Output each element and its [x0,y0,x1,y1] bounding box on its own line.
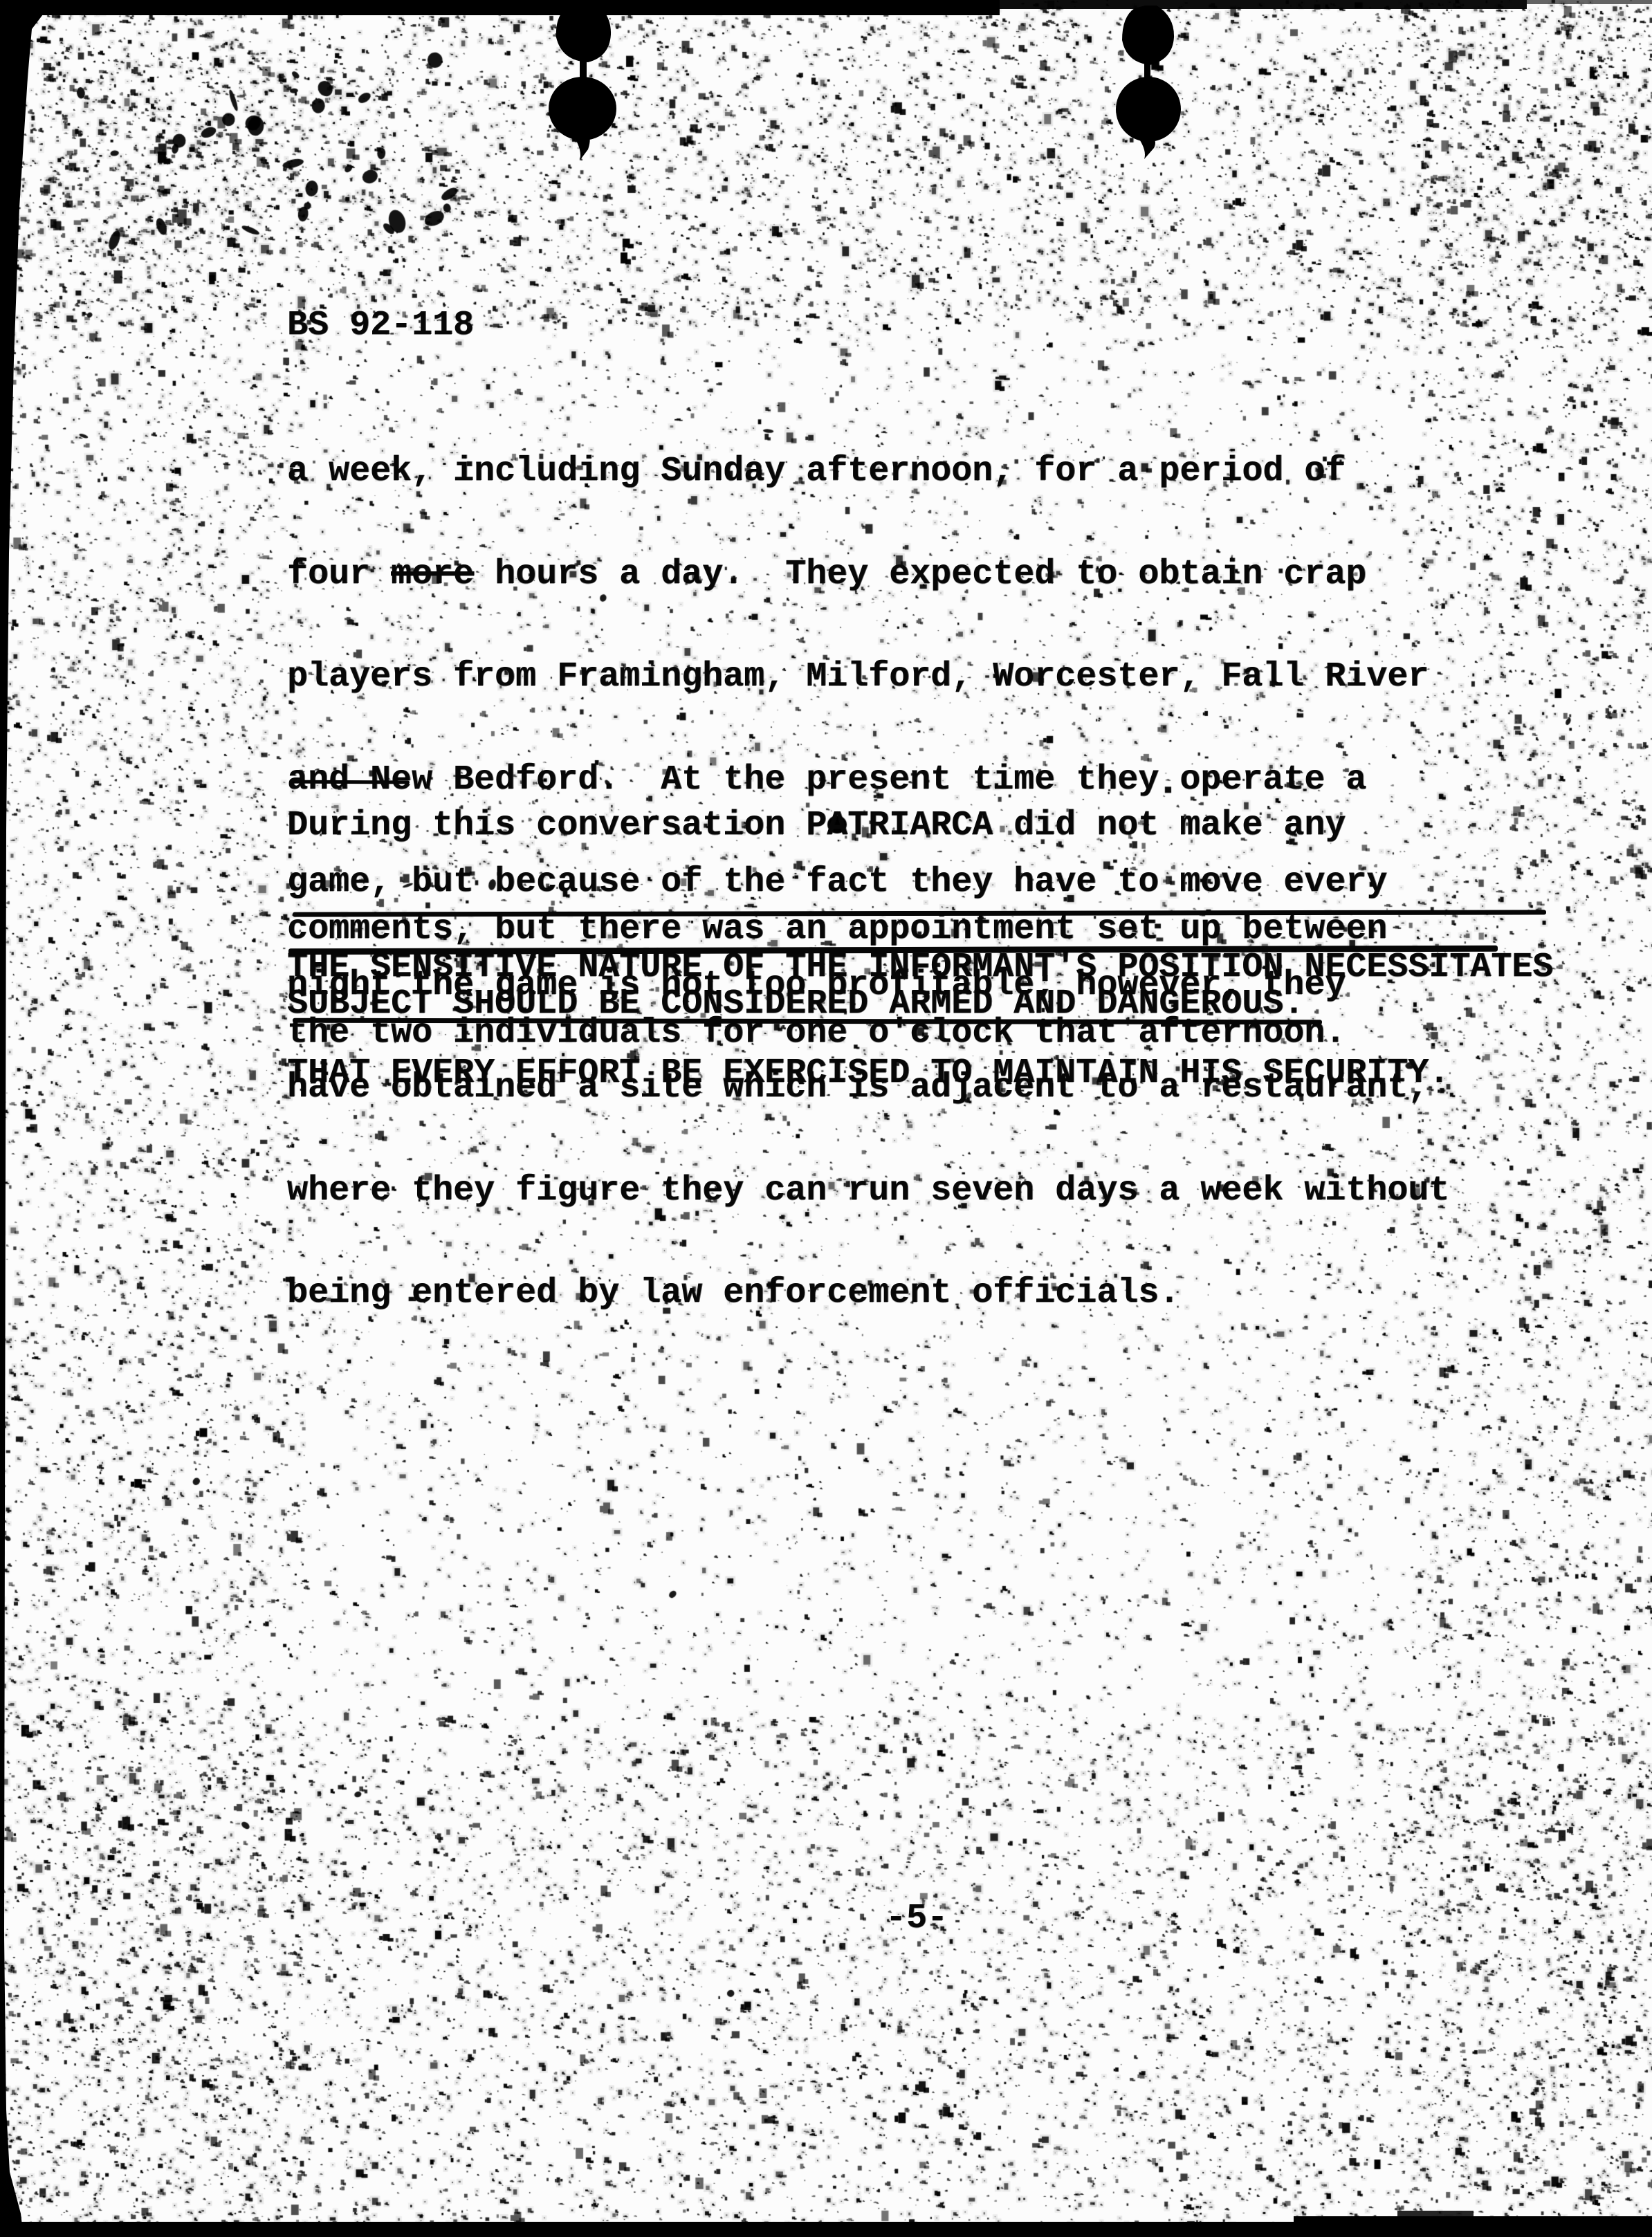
line-segment: hours a day. They expected to obtain cra… [474,555,1366,594]
security-line: THE SENSITIVE NATURE OF THE INFORMANT'S … [287,950,1553,985]
underline-during [291,780,410,784]
struck-out-word: more [391,555,474,594]
case-number: BS 92-118 [287,309,474,343]
paragraph-line: players from Framingham, Milford, Worces… [287,660,1449,694]
line-segment: four [287,555,391,594]
paragraph-line: being entered by law enforcement officia… [287,1276,1449,1311]
paragraph-line: During this conversation PATRIARCA did n… [287,809,1387,843]
binder-fastener-left-mark [540,1,636,164]
security-line: THAT EVERY EFFORT BE EXERCISED TO MAINTA… [287,1056,1553,1091]
paragraph-line: where they figure they can run seven day… [287,1174,1449,1208]
binder-fastener-right-mark [1107,6,1204,165]
paragraph-line: a week, including Sunday afternoon, for … [287,454,1449,489]
paragraph-line: four more hours a day. They expected to … [287,558,1449,592]
document-page: BS 92-118 a week, including Sunday after… [0,0,1652,2237]
warning-line: SUBJECT SHOULD BE CONSIDERED ARMED AND D… [287,987,1304,1022]
page-number: -5- [885,1902,948,1936]
